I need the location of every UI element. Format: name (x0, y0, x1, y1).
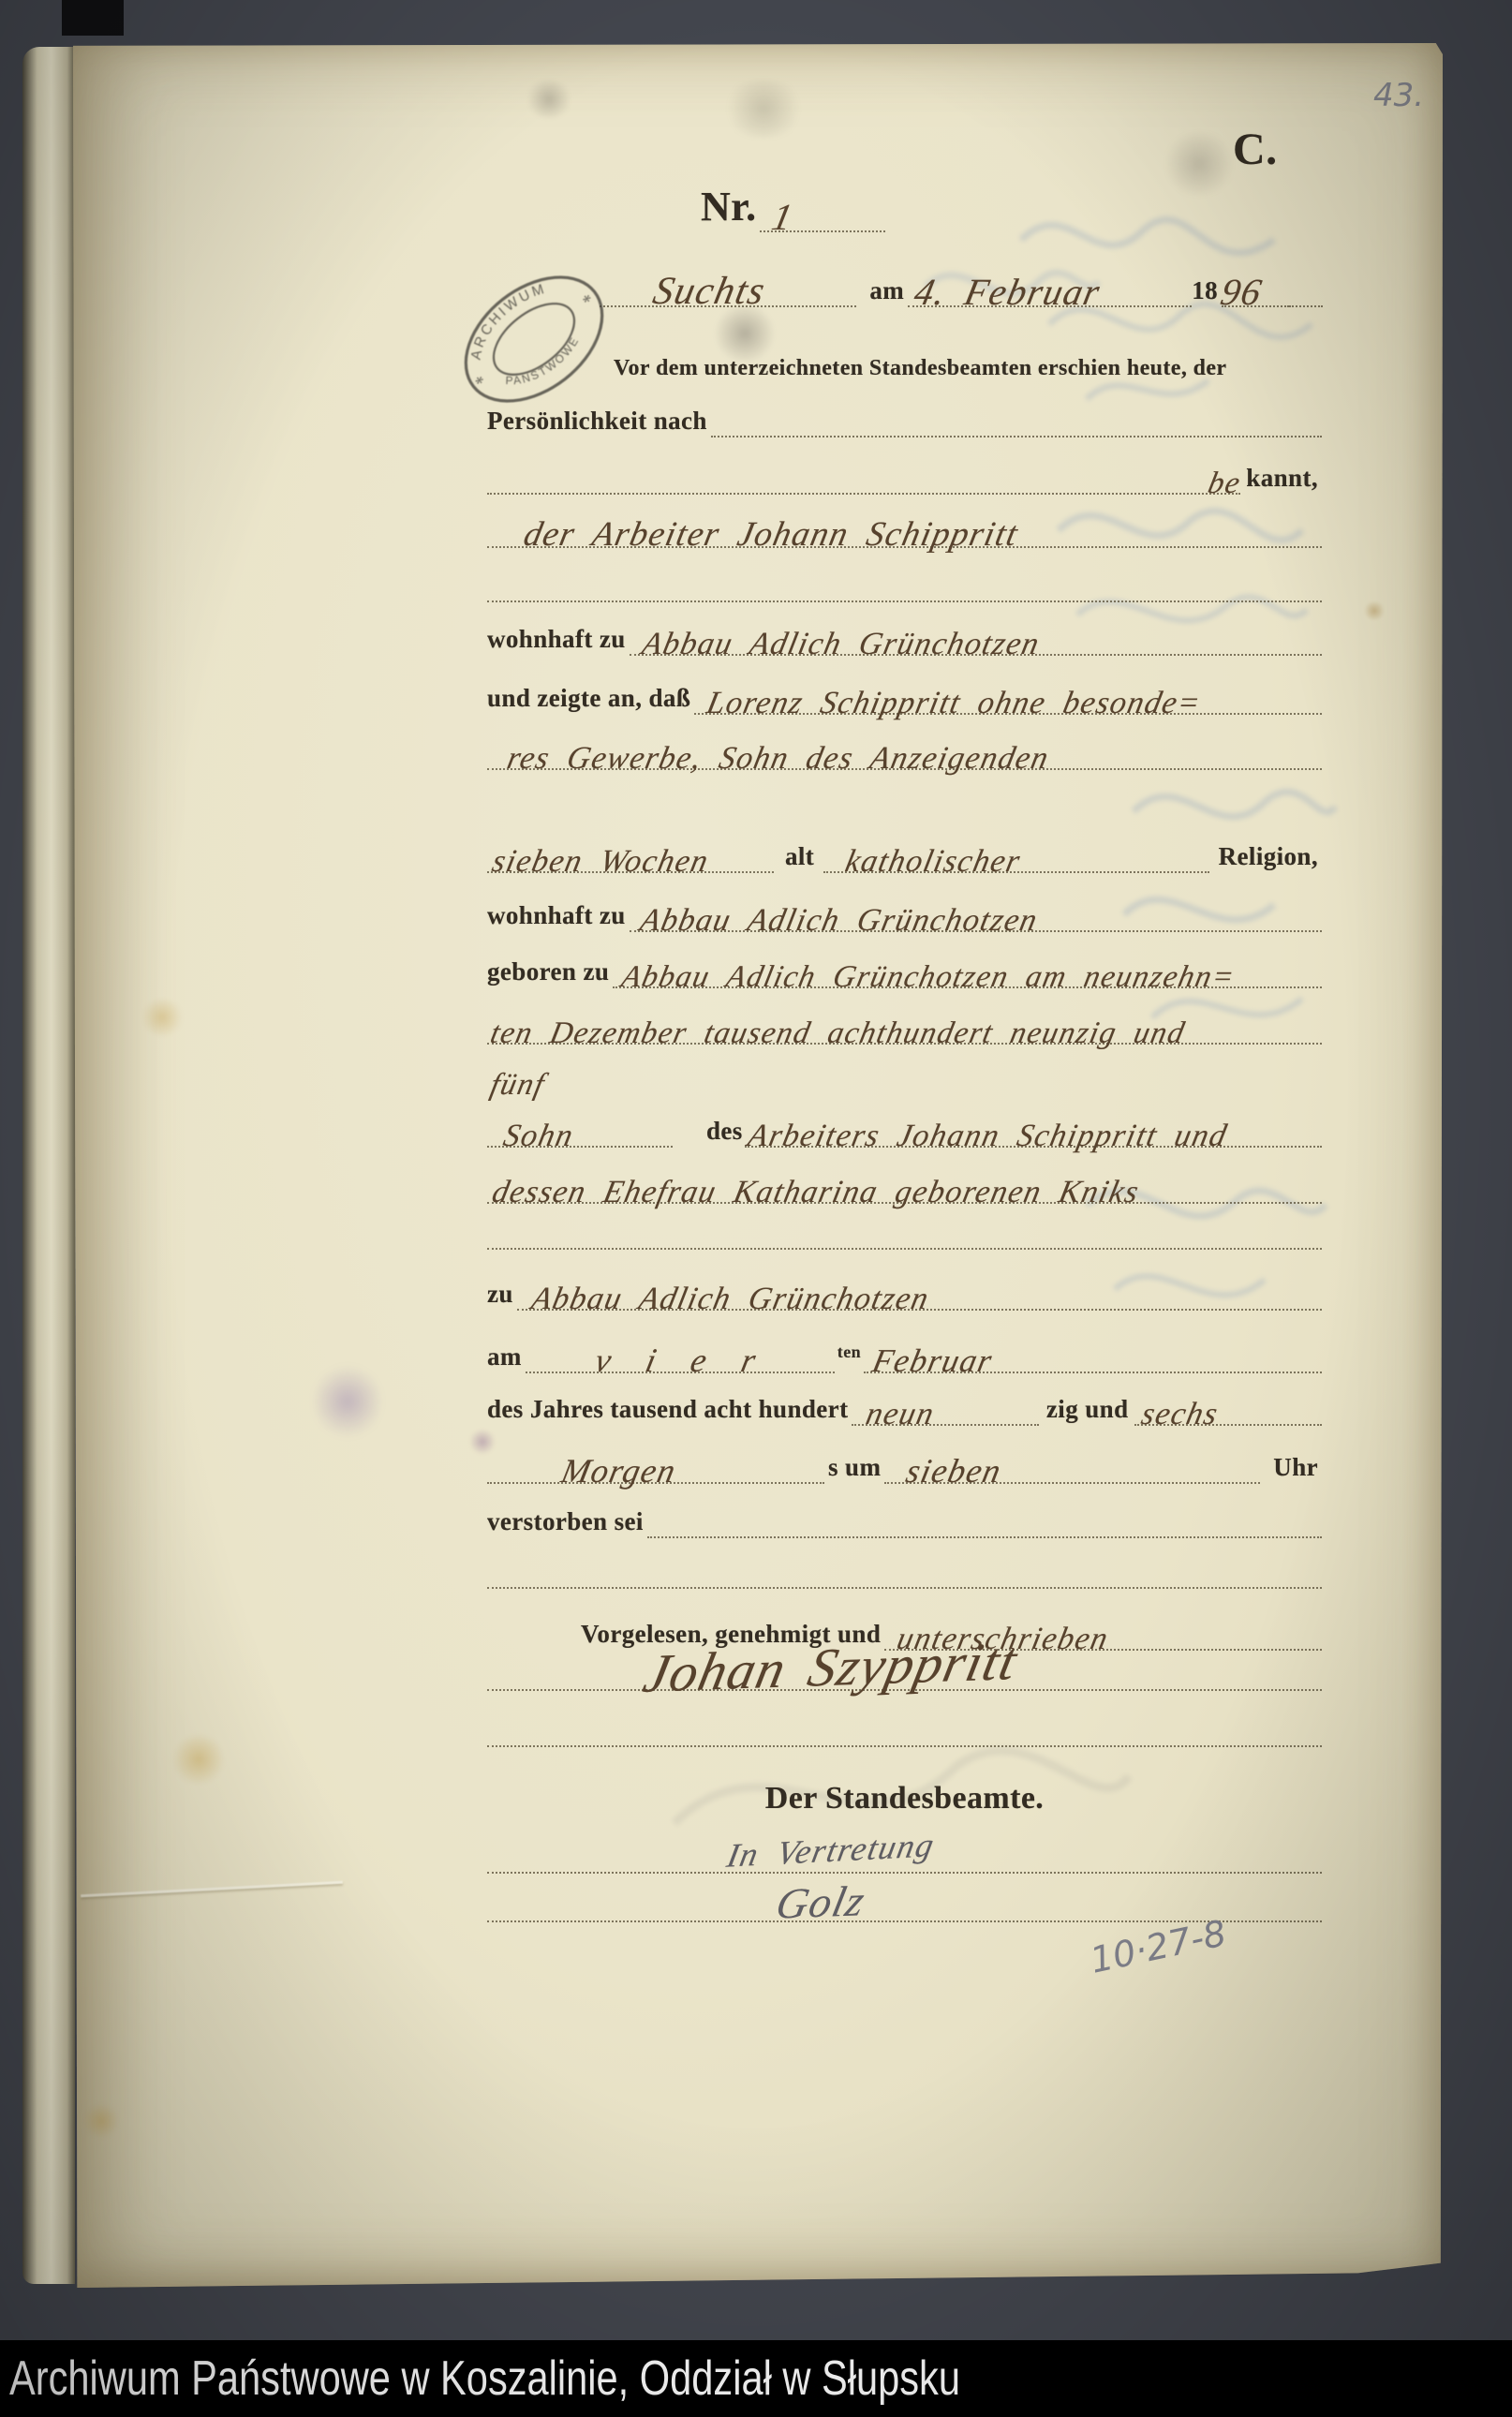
scan-background: 43. C. Nr. 1 Suchts am 4. Februar 18 96 … (0, 0, 1512, 2417)
smudge (721, 81, 806, 137)
daytime-handwritten: Morgen (558, 1451, 681, 1490)
smudge (525, 81, 573, 118)
birthyear-line: fünf (487, 1053, 1322, 1094)
foxing-spot (82, 2104, 120, 2138)
anzeige-handwritten-2: res Gewerbe, Sohn des Anzeigenden (504, 741, 1053, 777)
page-binding-curl (22, 47, 75, 2284)
age-handwritten: sieben Wochen (489, 844, 712, 880)
persoenlichkeit-line: Persönlichkeit nach (487, 396, 1322, 437)
deceased-residence-handwritten: Abbau Adlich Grünchotzen (637, 903, 1042, 939)
death-day-handwritten: v i e r (591, 1341, 768, 1380)
svg-text:ARCHIWUM: ARCHIWUM (453, 274, 560, 368)
form-letter: C. (1233, 124, 1277, 175)
verstorben-label: verstorben sei (487, 1507, 647, 1538)
bekannt-line: be kannt, (487, 453, 1322, 495)
death-time-line: Morgen s um sieben Uhr (487, 1435, 1322, 1484)
ruled-line (487, 1587, 1322, 1589)
ruled-line (487, 601, 1322, 602)
nr-value-handwritten: 1 (768, 195, 797, 239)
uhr-label: Uhr (1260, 1453, 1322, 1484)
religion-handwritten: katholischer (842, 844, 1024, 880)
age-religion-line: sieben Wochen alt katholischer Religion, (487, 832, 1322, 873)
death-month-handwritten: Februar (869, 1342, 997, 1380)
birthdate-line: ten Dezember tausend achthundert neunzig… (487, 1003, 1322, 1045)
archive-caption: Archiwum Państwowe w Koszalinie, Oddział… (9, 2350, 960, 2407)
declarant-residence-line: wohnhaft zu Abbau Adlich Grünchotzen (487, 615, 1322, 656)
birthyear-handwritten: fünf (487, 1068, 548, 1103)
stamp-star-icon: * (471, 372, 491, 393)
um-label: s um (824, 1453, 884, 1484)
foxing-spot (141, 999, 184, 1036)
year-printed: 18 (1192, 276, 1222, 307)
am-label: am (856, 276, 908, 307)
am2-label: am (487, 1342, 526, 1373)
stamp-text-bottom: PAŃSTWOWE (499, 324, 586, 401)
wohnhaft-label: wohnhaft zu (487, 625, 630, 656)
year-ones-handwritten: sechs (1137, 1397, 1221, 1432)
place-date-line: Suchts am 4. Februar 18 96 (600, 251, 1323, 307)
svg-text:PAŃSTWOWE: PAŃSTWOWE (499, 324, 586, 401)
bekannt-handwritten: be (1205, 467, 1244, 501)
verstorben-line: verstorben sei (487, 1495, 1322, 1538)
hour-handwritten: sieben (903, 1451, 1006, 1490)
zig-label: zig und (1039, 1395, 1134, 1426)
geboren-label: geboren zu (487, 957, 613, 988)
purple-smudge (315, 1362, 380, 1441)
intro-line: Vor dem unterzeichneten Standesbeamten e… (614, 356, 1226, 381)
death-year-line: des Jahres tausend acht hundert neun zig… (487, 1381, 1322, 1426)
ruled-line (487, 1248, 1322, 1250)
report-line-1: und zeigte an, daß Lorenz Schippritt ohn… (487, 674, 1322, 715)
birthplace-handwritten: Abbau Adlich Grünchotzen am neunzehn= (618, 960, 1238, 995)
record-number-line: Nr. 1 (701, 180, 1010, 232)
deceased-residence-line: wohnhaft zu Abbau Adlich Grünchotzen (487, 891, 1322, 932)
death-place-handwritten: Abbau Adlich Grünchotzen (528, 1282, 933, 1317)
ten-label: ten (835, 1342, 864, 1362)
ruled-line (487, 1872, 1322, 1874)
birthdate-handwritten: ten Dezember tausend achthundert neunzig… (487, 1016, 1189, 1051)
nr-label: Nr. (701, 183, 760, 232)
place-handwritten: Suchts (649, 269, 770, 314)
binding-tape (62, 0, 124, 36)
zu-label: zu (487, 1280, 517, 1311)
standesbeamte-label: Der Standesbeamte. (487, 1781, 1322, 1816)
religion-label: Religion, (1209, 842, 1322, 873)
parents-line-2: dessen Ehefrau Katharina geborenen Kniks (487, 1159, 1322, 1204)
birthplace-line: geboren zu Abbau Adlich Grünchotzen am n… (487, 947, 1322, 988)
report-line-2: res Gewerbe, Sohn des Anzeigenden (487, 729, 1322, 770)
des-label: des (673, 1117, 745, 1148)
register-page: 43. C. Nr. 1 Suchts am 4. Februar 18 96 … (73, 43, 1443, 2288)
death-date-line: am v i e r ten Februar (487, 1328, 1322, 1373)
foxing-spot (1363, 601, 1386, 620)
parents-line-1: Sohn des Arbeiters Johann Schippritt und (487, 1103, 1322, 1148)
death-place-line: zu Abbau Adlich Grünchotzen (487, 1266, 1322, 1311)
smudge (1162, 133, 1237, 195)
persoenlichkeit-label: Persönlichkeit nach (487, 407, 711, 437)
date-handwritten: 4. Februar (911, 270, 1104, 314)
sohn-handwritten: Sohn (500, 1119, 577, 1154)
archive-caption-bar: Archiwum Państwowe w Koszalinie, Oddział… (0, 2340, 1512, 2417)
declarant-name-line: der Arbeiter Johann Schippritt (487, 501, 1322, 548)
declarant-name-handwritten: der Arbeiter Johann Schippritt (520, 514, 1022, 555)
archival-note-pencil: 10·27-8 (1087, 1912, 1230, 1981)
anzeige-label: und zeigte an, daß (487, 684, 694, 715)
page-number-pencil: 43. (1373, 77, 1424, 114)
bekannt-label: kannt, (1240, 464, 1322, 495)
stamp-text-top: ARCHIWUM (453, 274, 560, 368)
wohnhaft2-label: wohnhaft zu (487, 901, 630, 932)
ruled-line (487, 1745, 1322, 1747)
declarant-residence-handwritten: Abbau Adlich Grünchotzen (639, 627, 1044, 662)
registrar-signature: Golz (772, 1876, 870, 1928)
year-handwritten: 96 (1217, 270, 1267, 314)
father-handwritten: Arbeiters Johann Schippritt und (745, 1119, 1231, 1154)
alt-label: alt (774, 842, 823, 873)
paper-crease (81, 1881, 343, 1898)
vertretung-handwritten: In Vertretung (724, 1825, 939, 1875)
smudge (712, 305, 778, 362)
foxing-spot (170, 1735, 227, 1784)
jahr-label: des Jahres tausend acht hundert (487, 1395, 852, 1426)
mother-handwritten: dessen Ehefrau Katharina geborenen Kniks (489, 1175, 1143, 1210)
anzeige-handwritten-1: Lorenz Schippritt ohne besonde= (704, 686, 1205, 721)
year-tens-handwritten: neun (863, 1397, 938, 1432)
declarant-signature: Johan Szyppritt (638, 1629, 1024, 1705)
